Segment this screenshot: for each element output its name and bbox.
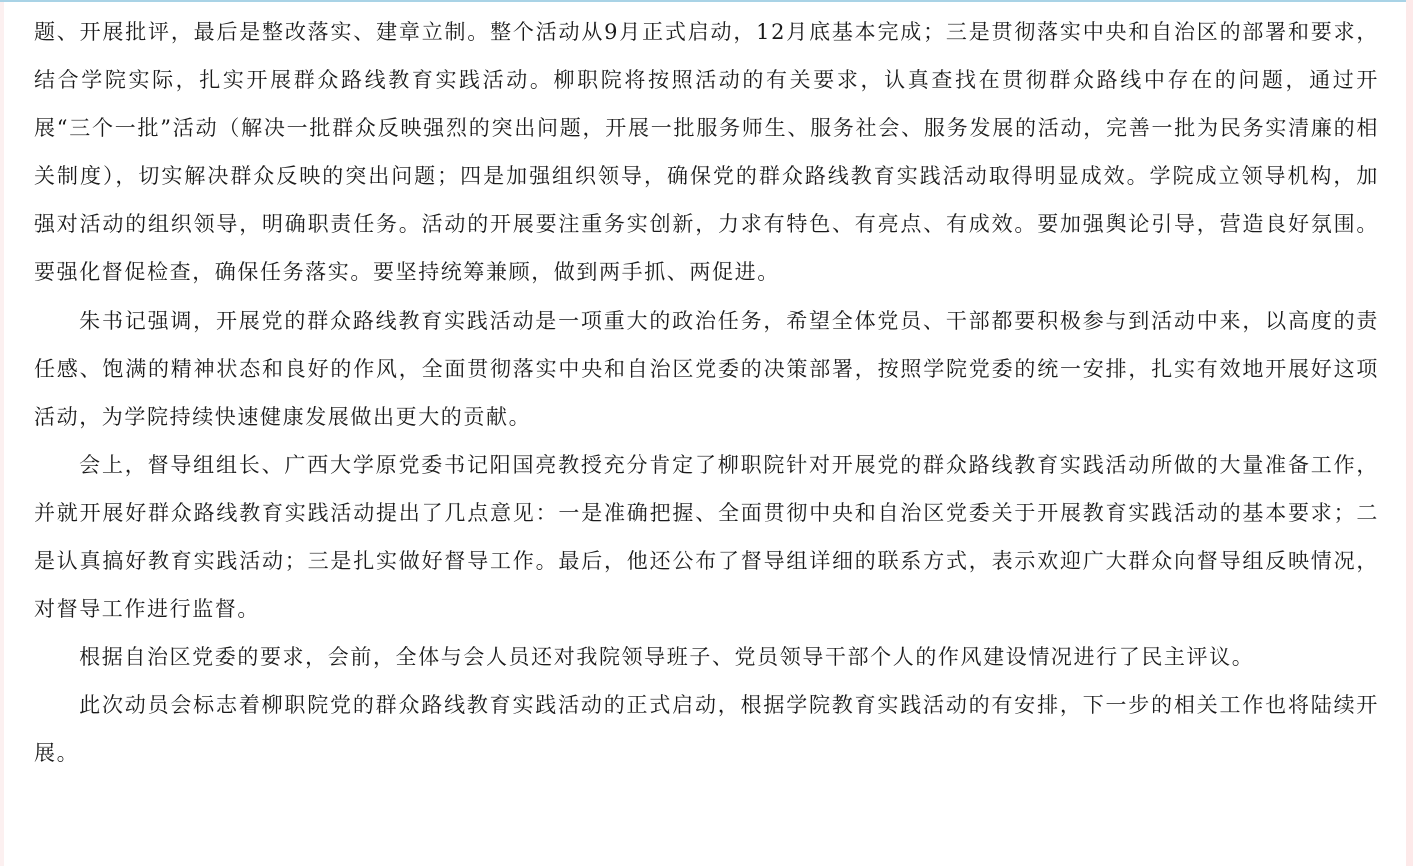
left-margin-strip	[0, 2, 4, 866]
paragraph-secretary-emphasis: 朱书记强调，开展党的群众路线教育实践活动是一项重大的政治任务，希望全体党员、干部…	[34, 297, 1379, 441]
article-body: 题、开展批评，最后是整改落实、建章立制。整个活动从9月正式启动，12月底基本完成…	[34, 8, 1379, 778]
paragraph-conclusion: 此次动员会标志着柳职院党的群众路线教育实践活动的正式启动，根据学院教育实践活动的…	[34, 681, 1379, 777]
paragraph-continuation: 题、开展批评，最后是整改落实、建章立制。整个活动从9月正式启动，12月底基本完成…	[34, 8, 1379, 297]
paragraph-democratic-review: 根据自治区党委的要求，会前，全体与会人员还对我院领导班子、党员领导干部个人的作风…	[34, 633, 1379, 681]
top-border	[0, 0, 1406, 2]
paragraph-supervision-group: 会上，督导组组长、广西大学原党委书记阳国亮教授充分肯定了柳职院针对开展党的群众路…	[34, 441, 1379, 633]
right-margin-strip	[1406, 0, 1413, 866]
page: 题、开展批评，最后是整改落实、建章立制。整个活动从9月正式启动，12月底基本完成…	[0, 0, 1413, 866]
